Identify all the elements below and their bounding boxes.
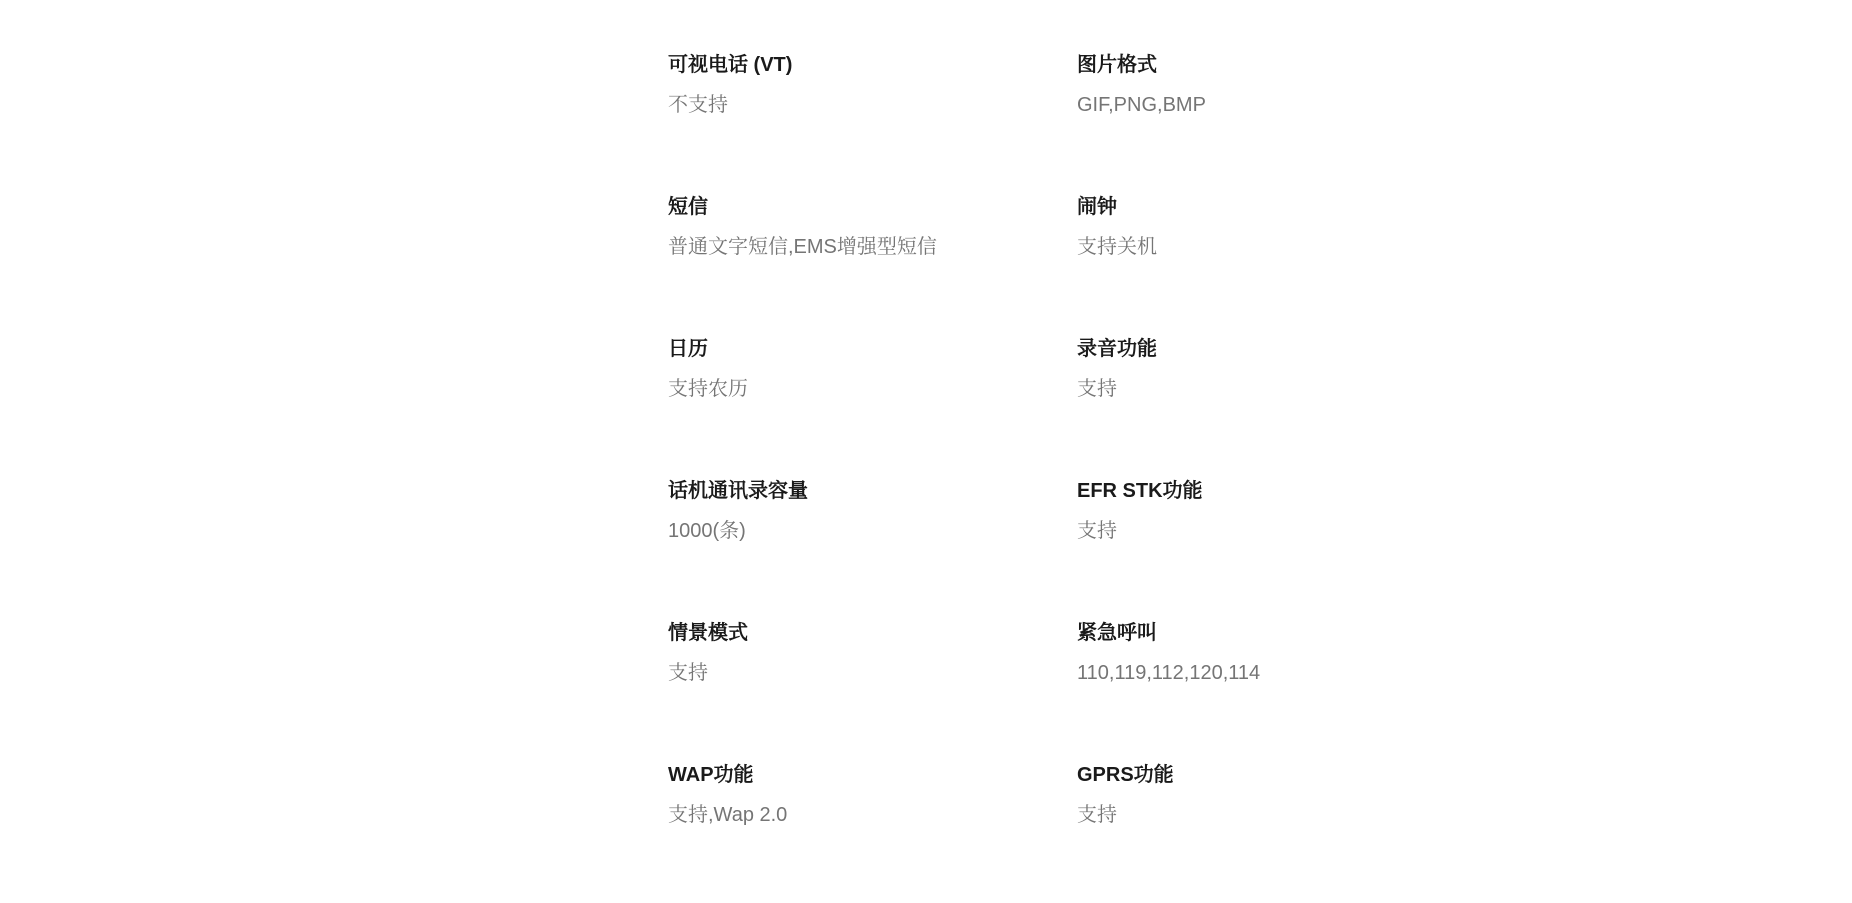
spec-label: 情景模式 bbox=[668, 619, 1053, 647]
spec-item-gprs: GPRS功能 支持 bbox=[1077, 761, 1486, 879]
spec-value: 110,119,112,120,114 bbox=[1077, 659, 1462, 687]
spec-value: 1000(条) bbox=[668, 517, 1053, 545]
spec-item-wap: WAP功能 支持,Wap 2.0 bbox=[668, 761, 1077, 879]
spec-item-phonebook-capacity: 话机通讯录容量 1000(条) bbox=[668, 477, 1077, 619]
spec-label: EFR STK功能 bbox=[1077, 477, 1462, 505]
spec-item-sms: 短信 普通文字短信,EMS增强型短信 bbox=[668, 193, 1077, 335]
spec-value: 支持 bbox=[668, 659, 1053, 687]
spec-value: 支持 bbox=[1077, 517, 1462, 545]
spec-value: 支持 bbox=[1077, 375, 1462, 403]
spec-value: 支持农历 bbox=[668, 375, 1053, 403]
spec-item-video-call: 可视电话 (VT) 不支持 bbox=[668, 51, 1077, 193]
spec-item-calendar: 日历 支持农历 bbox=[668, 335, 1077, 477]
spec-item-efr-stk: EFR STK功能 支持 bbox=[1077, 477, 1486, 619]
spec-label: 紧急呼叫 bbox=[1077, 619, 1462, 647]
spec-grid: 可视电话 (VT) 不支持 图片格式 GIF,PNG,BMP 短信 普通文字短信… bbox=[668, 51, 1486, 879]
spec-label: WAP功能 bbox=[668, 761, 1053, 789]
spec-item-profiles: 情景模式 支持 bbox=[668, 619, 1077, 761]
spec-label: 可视电话 (VT) bbox=[668, 51, 1053, 79]
spec-item-image-format: 图片格式 GIF,PNG,BMP bbox=[1077, 51, 1486, 193]
spec-label: 话机通讯录容量 bbox=[668, 477, 1053, 505]
spec-value: GIF,PNG,BMP bbox=[1077, 91, 1462, 119]
spec-label: GPRS功能 bbox=[1077, 761, 1462, 789]
spec-label: 短信 bbox=[668, 193, 1053, 221]
spec-value: 普通文字短信,EMS增强型短信 bbox=[668, 233, 1053, 261]
spec-item-alarm: 闹钟 支持关机 bbox=[1077, 193, 1486, 335]
spec-label: 闹钟 bbox=[1077, 193, 1462, 221]
spec-item-recording: 录音功能 支持 bbox=[1077, 335, 1486, 477]
spec-value: 支持,Wap 2.0 bbox=[668, 801, 1053, 829]
spec-item-emergency-call: 紧急呼叫 110,119,112,120,114 bbox=[1077, 619, 1486, 761]
spec-value: 支持 bbox=[1077, 801, 1462, 829]
spec-value: 支持关机 bbox=[1077, 233, 1462, 261]
spec-label: 录音功能 bbox=[1077, 335, 1462, 363]
spec-label: 图片格式 bbox=[1077, 51, 1462, 79]
spec-value: 不支持 bbox=[668, 91, 1053, 119]
spec-label: 日历 bbox=[668, 335, 1053, 363]
